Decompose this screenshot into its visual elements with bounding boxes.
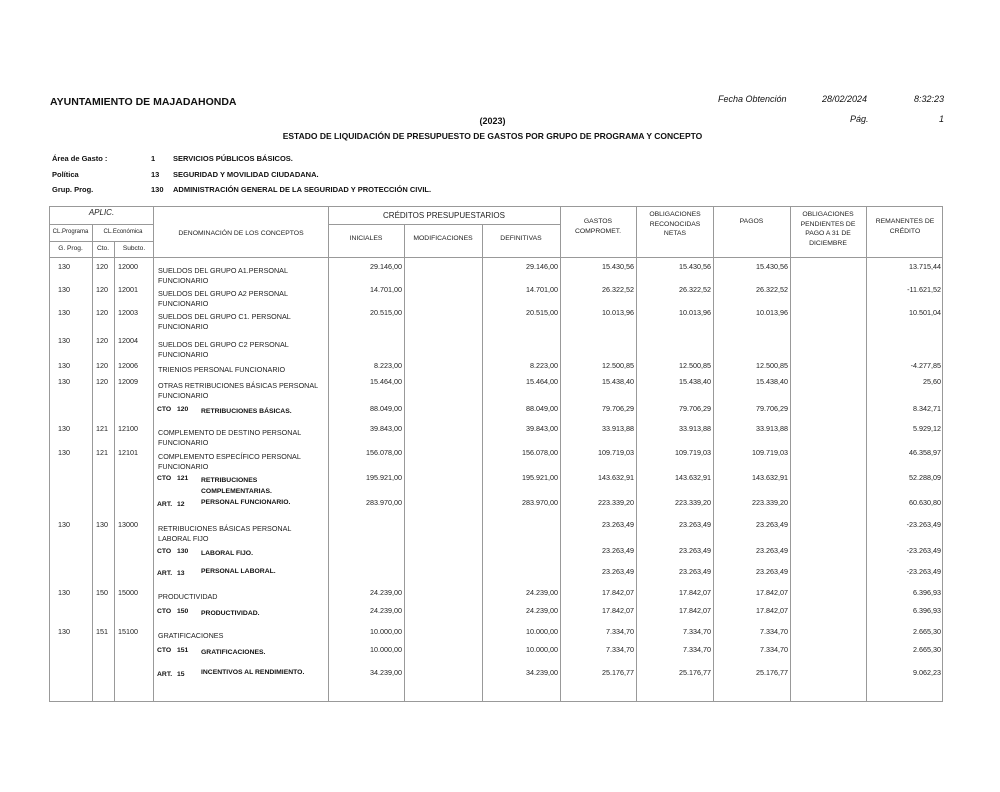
pagos-value: 15.430,56	[718, 262, 788, 271]
subcto-cell: 12009	[118, 377, 138, 386]
concepto-label: CTO121RETRIBUCIONES COMPLEMENTARIAS.	[157, 475, 311, 497]
remanentes-value: 13.715,44	[871, 262, 941, 271]
cto-cell: 120	[96, 336, 108, 345]
subcto-cell: 15000	[118, 588, 138, 597]
iniciales-value: 39.843,00	[332, 424, 402, 433]
pagos-value: 7.334,70	[718, 627, 788, 636]
definitivas-value: 20.515,00	[488, 308, 558, 317]
summary-tag: ART.	[157, 501, 177, 508]
header-denominacion: DENOMINACIÓN DE LOS CONCEPTOS	[154, 229, 328, 239]
concept-description: SUELDOS DEL GRUPO A2 PERSONAL FUNCIONARI…	[158, 289, 323, 309]
remanentes-value: -4.277,85	[871, 361, 941, 370]
iniciales-value: 24.239,00	[332, 606, 402, 615]
iniciales-value: 24.239,00	[332, 588, 402, 597]
g-prog-cell: 130	[58, 424, 70, 433]
iniciales-value: 88.049,00	[332, 404, 402, 413]
summary-code: 120	[177, 406, 201, 413]
gastos-value: 23.263,49	[564, 520, 634, 529]
iniciales-value: 195.921,00	[332, 473, 402, 482]
remanentes-value: 6.396,93	[871, 606, 941, 615]
obligaciones-value: 15.438,40	[641, 377, 711, 386]
remanentes-value: 6.396,93	[871, 588, 941, 597]
summary-description: GRATIFICACIONES.	[201, 647, 311, 658]
articulo-label: ART.12PERSONAL FUNCIONARIO.	[157, 500, 311, 508]
iniciales-value: 20.515,00	[332, 308, 402, 317]
column-divider	[92, 224, 93, 702]
iniciales-value: 14.701,00	[332, 285, 402, 294]
definitivas-value: 283.970,00	[488, 498, 558, 507]
hora-obtencion-value: 8:32:23	[906, 94, 944, 104]
cto-cell: 151	[96, 627, 108, 636]
summary-code: 13	[177, 570, 201, 577]
subcto-cell: 15100	[118, 627, 138, 636]
meta-code: 1	[151, 154, 155, 163]
remanentes-value: -23.263,49	[871, 546, 941, 555]
column-divider	[866, 206, 867, 702]
g-prog-cell: 130	[58, 262, 70, 271]
iniciales-value: 34.239,00	[332, 668, 402, 677]
gastos-value: 23.263,49	[564, 546, 634, 555]
pagos-value: 143.632,91	[718, 473, 788, 482]
header-subcto: Subcto.	[114, 244, 154, 254]
obligaciones-value: 109.719,03	[641, 448, 711, 457]
definitivas-value: 39.843,00	[488, 424, 558, 433]
gastos-value: 17.842,07	[564, 606, 634, 615]
remanentes-value: 8.342,71	[871, 404, 941, 413]
gastos-value: 143.632,91	[564, 473, 634, 482]
remanentes-value: 46.358,97	[871, 448, 941, 457]
pagos-value: 23.263,49	[718, 546, 788, 555]
summary-tag: CTO	[157, 548, 177, 555]
column-divider	[328, 206, 329, 702]
cto-cell: 130	[96, 520, 108, 529]
header-iniciales: INICIALES	[328, 234, 404, 244]
obligaciones-value: 10.013,96	[641, 308, 711, 317]
obligaciones-value: 79.706,29	[641, 404, 711, 413]
pagos-value: 12.500,85	[718, 361, 788, 370]
obligaciones-value: 25.176,77	[641, 668, 711, 677]
header-obligaciones-pendientes: OBLIGACIONES PENDIENTES DE PAGO A 31 DE …	[794, 210, 862, 248]
g-prog-cell: 130	[58, 627, 70, 636]
header-cto: Cto.	[92, 244, 114, 254]
obligaciones-value: 17.842,07	[641, 606, 711, 615]
remanentes-value: 52.288,09	[871, 473, 941, 482]
definitivas-value: 156.078,00	[488, 448, 558, 457]
pagos-value: 79.706,29	[718, 404, 788, 413]
meta-code: 130	[151, 185, 164, 194]
definitivas-value: 34.239,00	[488, 668, 558, 677]
meta-label: Grup. Prog.	[52, 185, 93, 194]
summary-code: 130	[177, 548, 201, 555]
summary-tag: ART.	[157, 570, 177, 577]
definitivas-value: 88.049,00	[488, 404, 558, 413]
pagos-value: 25.176,77	[718, 668, 788, 677]
summary-description: RETRIBUCIONES BÁSICAS.	[201, 406, 311, 417]
column-divider	[560, 206, 561, 702]
summary-tag: ART.	[157, 671, 177, 678]
row-divider	[49, 257, 943, 258]
header-creditos: CRÉDITOS PRESUPUESTARIOS	[328, 211, 560, 221]
row-divider	[49, 224, 154, 225]
meta-label: Política	[52, 170, 79, 179]
column-divider	[482, 224, 483, 702]
pagos-value: 17.842,07	[718, 606, 788, 615]
concept-description: RETRIBUCIONES BÁSICAS PERSONAL LABORAL F…	[158, 524, 323, 544]
column-divider	[790, 206, 791, 702]
obligaciones-value: 23.263,49	[641, 546, 711, 555]
gastos-value: 10.013,96	[564, 308, 634, 317]
definitivas-value: 24.239,00	[488, 588, 558, 597]
column-divider	[636, 206, 637, 702]
header-aplic: APLIC.	[49, 208, 154, 218]
concept-description: SUELDOS DEL GRUPO A1.PERSONAL FUNCIONARI…	[158, 266, 323, 286]
pagos-value: 109.719,03	[718, 448, 788, 457]
obligaciones-value: 223.339,20	[641, 498, 711, 507]
concepto-label: CTO150PRODUCTIVIDAD.	[157, 608, 311, 619]
concept-description: TRIENIOS PERSONAL FUNCIONARIO	[158, 365, 323, 375]
gastos-value: 12.500,85	[564, 361, 634, 370]
obligaciones-value: 7.334,70	[641, 627, 711, 636]
header-definitivas: DEFINITIVAS	[482, 234, 560, 244]
g-prog-cell: 130	[58, 377, 70, 386]
organization-name: AYUNTAMIENTO DE MAJADAHONDA	[50, 96, 236, 108]
column-divider	[114, 241, 115, 702]
cto-cell: 120	[96, 262, 108, 271]
articulo-label: ART.15INCENTIVOS AL RENDIMIENTO.	[157, 670, 311, 678]
remanentes-value: 25,60	[871, 377, 941, 386]
subcto-cell: 12003	[118, 308, 138, 317]
remanentes-value: 5.929,12	[871, 424, 941, 433]
gastos-value: 23.263,49	[564, 567, 634, 576]
definitivas-value: 10.000,00	[488, 627, 558, 636]
header-pagos: PAGOS	[713, 217, 790, 227]
summary-description: PRODUCTIVIDAD.	[201, 608, 311, 619]
obligaciones-value: 23.263,49	[641, 520, 711, 529]
summary-code: 150	[177, 608, 201, 615]
cto-cell: 120	[96, 308, 108, 317]
obligaciones-value: 17.842,07	[641, 588, 711, 597]
cto-cell: 121	[96, 448, 108, 457]
definitivas-value: 10.000,00	[488, 645, 558, 654]
gastos-value: 26.322,52	[564, 285, 634, 294]
iniciales-value: 15.464,00	[332, 377, 402, 386]
subcto-cell: 12001	[118, 285, 138, 294]
definitivas-value: 24.239,00	[488, 606, 558, 615]
concept-description: GRATIFICACIONES	[158, 631, 323, 641]
cto-cell: 150	[96, 588, 108, 597]
g-prog-cell: 130	[58, 448, 70, 457]
summary-code: 15	[177, 671, 201, 678]
subcto-cell: 12006	[118, 361, 138, 370]
report-title: ESTADO DE LIQUIDACIÓN DE PRESUPUESTO DE …	[0, 131, 985, 141]
concept-description: PRODUCTIVIDAD	[158, 592, 323, 602]
fecha-obtencion-label: Fecha Obtención	[718, 94, 787, 104]
gastos-value: 15.430,56	[564, 262, 634, 271]
summary-description: PERSONAL FUNCIONARIO.	[201, 497, 311, 508]
meta-code: 13	[151, 170, 159, 179]
fecha-obtencion-value: 28/02/2024	[822, 94, 867, 104]
subcto-cell: 12004	[118, 336, 138, 345]
meta-desc: SERVICIOS PÚBLICOS BÁSICOS.	[173, 154, 293, 163]
subcto-cell: 13000	[118, 520, 138, 529]
remanentes-value: 10.501,04	[871, 308, 941, 317]
g-prog-cell: 130	[58, 308, 70, 317]
report-year: (2023)	[0, 116, 985, 126]
concept-description: OTRAS RETRIBUCIONES BÁSICAS PERSONAL FUN…	[158, 381, 323, 401]
gastos-value: 109.719,03	[564, 448, 634, 457]
iniciales-value: 29.146,00	[332, 262, 402, 271]
concept-description: COMPLEMENTO ESPECÍFICO PERSONAL FUNCIONA…	[158, 452, 323, 472]
gastos-value: 15.438,40	[564, 377, 634, 386]
gastos-value: 25.176,77	[564, 668, 634, 677]
obligaciones-value: 7.334,70	[641, 645, 711, 654]
concept-description: COMPLEMENTO DE DESTINO PERSONAL FUNCIONA…	[158, 428, 323, 448]
iniciales-value: 10.000,00	[332, 645, 402, 654]
concept-description: SUELDOS DEL GRUPO C2 PERSONAL FUNCIONARI…	[158, 340, 323, 360]
obligaciones-value: 143.632,91	[641, 473, 711, 482]
definitivas-value: 195.921,00	[488, 473, 558, 482]
summary-tag: CTO	[157, 475, 177, 482]
cto-cell: 121	[96, 424, 108, 433]
row-divider	[328, 224, 560, 225]
header-obligaciones-reconocidas: OBLIGACIONES RECONOCIDAS NETAS	[640, 210, 710, 239]
header-remanentes: REMANENTES DE CRÉDITO	[868, 217, 942, 236]
pagos-value: 33.913,88	[718, 424, 788, 433]
pagos-value: 10.013,96	[718, 308, 788, 317]
gastos-value: 7.334,70	[564, 645, 634, 654]
row-divider	[49, 241, 154, 242]
definitivas-value: 29.146,00	[488, 262, 558, 271]
definitivas-value: 8.223,00	[488, 361, 558, 370]
articulo-label: ART.13PERSONAL LABORAL.	[157, 569, 311, 577]
summary-tag: CTO	[157, 647, 177, 654]
pagos-value: 23.263,49	[718, 567, 788, 576]
cto-cell: 120	[96, 361, 108, 370]
remanentes-value: 2.665,30	[871, 627, 941, 636]
concept-description: SUELDOS DEL GRUPO C1. PERSONAL FUNCIONAR…	[158, 312, 323, 332]
pagos-value: 26.322,52	[718, 285, 788, 294]
meta-label: Área de Gasto :	[52, 154, 107, 163]
concepto-label: CTO120RETRIBUCIONES BÁSICAS.	[157, 406, 311, 417]
pagos-value: 23.263,49	[718, 520, 788, 529]
summary-description: LABORAL FIJO.	[201, 548, 311, 559]
concepto-label: CTO151GRATIFICACIONES.	[157, 647, 311, 658]
iniciales-value: 8.223,00	[332, 361, 402, 370]
header-cl-programa: CL.Programa	[49, 228, 92, 238]
header-gastos-comprometidos: GASTOS COMPROMET.	[566, 217, 630, 236]
header-g-prog: G. Prog.	[49, 244, 92, 254]
column-divider	[404, 224, 405, 702]
g-prog-cell: 130	[58, 336, 70, 345]
header-modificaciones: MODIFICACIONES	[404, 234, 482, 244]
remanentes-value: 9.062,23	[871, 668, 941, 677]
pagos-value: 17.842,07	[718, 588, 788, 597]
obligaciones-value: 15.430,56	[641, 262, 711, 271]
definitivas-value: 15.464,00	[488, 377, 558, 386]
pagos-value: 223.339,20	[718, 498, 788, 507]
obligaciones-value: 12.500,85	[641, 361, 711, 370]
obligaciones-value: 26.322,52	[641, 285, 711, 294]
gastos-value: 33.913,88	[564, 424, 634, 433]
iniciales-value: 156.078,00	[332, 448, 402, 457]
g-prog-cell: 130	[58, 520, 70, 529]
summary-description: PERSONAL LABORAL.	[201, 566, 311, 577]
iniciales-value: 10.000,00	[332, 627, 402, 636]
gastos-value: 223.339,20	[564, 498, 634, 507]
obligaciones-value: 23.263,49	[641, 567, 711, 576]
column-divider	[153, 206, 154, 702]
remanentes-value: -11.621,52	[871, 285, 941, 294]
summary-tag: CTO	[157, 406, 177, 413]
meta-desc: SEGURIDAD Y MOVILIDAD CIUDADANA.	[173, 170, 319, 179]
cto-cell: 120	[96, 377, 108, 386]
summary-code: 12	[177, 501, 201, 508]
pagos-value: 7.334,70	[718, 645, 788, 654]
header-cl-economica: CL.Económica	[92, 228, 154, 238]
subcto-cell: 12100	[118, 424, 138, 433]
concepto-label: CTO130LABORAL FIJO.	[157, 548, 311, 559]
remanentes-value: 2.665,30	[871, 645, 941, 654]
meta-desc: ADMINISTRACIÓN GENERAL DE LA SEGURIDAD Y…	[173, 185, 431, 194]
gastos-value: 79.706,29	[564, 404, 634, 413]
g-prog-cell: 130	[58, 588, 70, 597]
gastos-value: 17.842,07	[564, 588, 634, 597]
g-prog-cell: 130	[58, 285, 70, 294]
summary-description: INCENTIVOS AL RENDIMIENTO.	[201, 667, 311, 678]
column-divider	[713, 206, 714, 702]
definitivas-value: 14.701,00	[488, 285, 558, 294]
obligaciones-value: 33.913,88	[641, 424, 711, 433]
subcto-cell: 12000	[118, 262, 138, 271]
iniciales-value: 283.970,00	[332, 498, 402, 507]
pagos-value: 15.438,40	[718, 377, 788, 386]
summary-description: RETRIBUCIONES COMPLEMENTARIAS.	[201, 475, 311, 497]
summary-code: 151	[177, 647, 201, 654]
remanentes-value: -23.263,49	[871, 520, 941, 529]
summary-tag: CTO	[157, 608, 177, 615]
g-prog-cell: 130	[58, 361, 70, 370]
remanentes-value: 60.630,80	[871, 498, 941, 507]
remanentes-value: -23.263,49	[871, 567, 941, 576]
subcto-cell: 12101	[118, 448, 138, 457]
gastos-value: 7.334,70	[564, 627, 634, 636]
cto-cell: 120	[96, 285, 108, 294]
summary-code: 121	[177, 475, 201, 482]
